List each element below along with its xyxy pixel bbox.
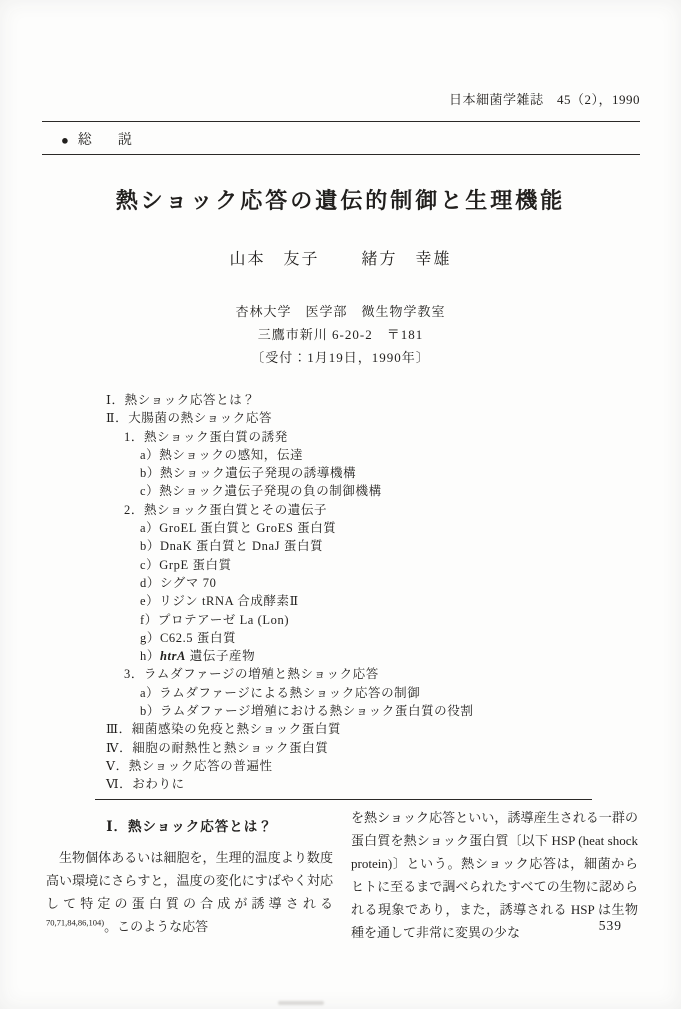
author-line: 山本 友子 緒方 幸雄 xyxy=(0,246,681,269)
article-type-label: ● 総 説 xyxy=(61,129,138,149)
header-divider-top xyxy=(42,121,640,122)
body-column-left: Ⅰ．熱ショック応答とは？ 生物個体あるいは細胞を，生理的温度より数度高い環境にさ… xyxy=(46,815,333,938)
toc-item: b）DnaK 蛋白質と DnaJ 蛋白質 xyxy=(0,537,681,555)
toc-item: a）GroEL 蛋白質と GroES 蛋白質 xyxy=(0,519,681,537)
page-title: 熱ショック応答の遺伝的制御と生理機能 xyxy=(0,184,681,215)
table-of-contents: Ⅰ．熱ショック応答とは？ Ⅱ．大腸菌の熱ショック応答 1．熱ショック蛋白質の誘発… xyxy=(0,391,681,794)
toc-item: b）ラムダファージ増殖における熱ショック蛋白質の役割 xyxy=(0,702,681,720)
toc-item: Ⅳ．細胞の耐熱性と熱ショック蛋白質 xyxy=(0,739,681,757)
bullet-icon: ● xyxy=(61,133,69,146)
body-paragraph-right: を熱ショック応答といい，誘導産生される一群の蛋白質を熱ショック蛋白質〔以下 HS… xyxy=(351,806,638,944)
affiliation-line: 杏林大学 医学部 微生物学教室 xyxy=(0,300,681,323)
toc-item: c）GrpE 蛋白質 xyxy=(0,556,681,574)
toc-item: b）熱ショック遺伝子発現の誘導機構 xyxy=(0,464,681,482)
toc-item: Ⅵ．おわりに xyxy=(0,775,681,793)
gene-name-italic: htrA xyxy=(160,649,186,663)
paragraph-text: 。このような応答 xyxy=(104,919,208,934)
toc-bottom-divider xyxy=(95,799,592,800)
journal-header: 日本細菌学雑誌 45（2），1990 xyxy=(449,89,640,108)
received-date: 〔受付：1月19日，1990年〕 xyxy=(0,346,681,369)
toc-item: f）プロテアーゼ La (Lon) xyxy=(0,611,681,629)
article-type-text: 総 説 xyxy=(78,129,138,149)
scan-smudge-artifact xyxy=(278,1001,324,1005)
journal-page: 日本細菌学雑誌 45（2），1990 ● 総 説 熱ショック応答の遺伝的制御と生… xyxy=(0,0,681,1009)
toc-item: 1．熱ショック蛋白質の誘発 xyxy=(0,428,681,446)
toc-item: d）シグマ 70 xyxy=(0,574,681,592)
header-divider-bottom xyxy=(42,154,640,155)
body-paragraph-left: 生物個体あるいは細胞を，生理的温度より数度高い環境にさらすと，温度の変化にすばや… xyxy=(46,846,333,938)
affiliation-address: 三鷹市新川 6-20-2 〒181 xyxy=(0,323,681,346)
toc-item-htra: h）htrA 遺伝子産物 xyxy=(0,647,681,665)
toc-item: Ⅴ．熱ショック応答の普遍性 xyxy=(0,757,681,775)
toc-item: g）C62.5 蛋白質 xyxy=(0,629,681,647)
page-number: 539 xyxy=(599,918,622,934)
affiliation-block: 杏林大学 医学部 微生物学教室 三鷹市新川 6-20-2 〒181 〔受付：1月… xyxy=(0,300,681,369)
toc-item: Ⅱ．大腸菌の熱ショック応答 xyxy=(0,409,681,427)
toc-item: Ⅲ．細菌感染の免疫と熱ショック蛋白質 xyxy=(0,720,681,738)
toc-item: a）ラムダファージによる熱ショック応答の制御 xyxy=(0,684,681,702)
toc-item: Ⅰ．熱ショック応答とは？ xyxy=(0,391,681,409)
reference-superscript: 70,71,84,86,104) xyxy=(46,918,104,928)
paragraph-text: 生物個体あるいは細胞を，生理的温度より数度高い環境にさらすと，温度の変化にすばや… xyxy=(46,850,333,911)
toc-item: 2．熱ショック蛋白質とその遺伝子 xyxy=(0,501,681,519)
body-column-right: を熱ショック応答といい，誘導産生される一群の蛋白質を熱ショック蛋白質〔以下 HS… xyxy=(351,806,638,944)
toc-item-prefix: h） xyxy=(140,649,160,663)
toc-item: c）熱ショック遺伝子発現の負の制御機構 xyxy=(0,482,681,500)
author-name: 山本 友子 xyxy=(229,246,319,269)
toc-item: a）熱ショックの感知，伝達 xyxy=(0,446,681,464)
author-name: 緒方 幸雄 xyxy=(362,246,452,269)
toc-item: 3．ラムダファージの増殖と熱ショック応答 xyxy=(0,665,681,683)
section-heading: Ⅰ．熱ショック応答とは？ xyxy=(46,815,333,838)
toc-item-suffix: 遺伝子産物 xyxy=(186,649,255,663)
toc-item: e）リジン tRNA 合成酵素Ⅱ xyxy=(0,592,681,610)
